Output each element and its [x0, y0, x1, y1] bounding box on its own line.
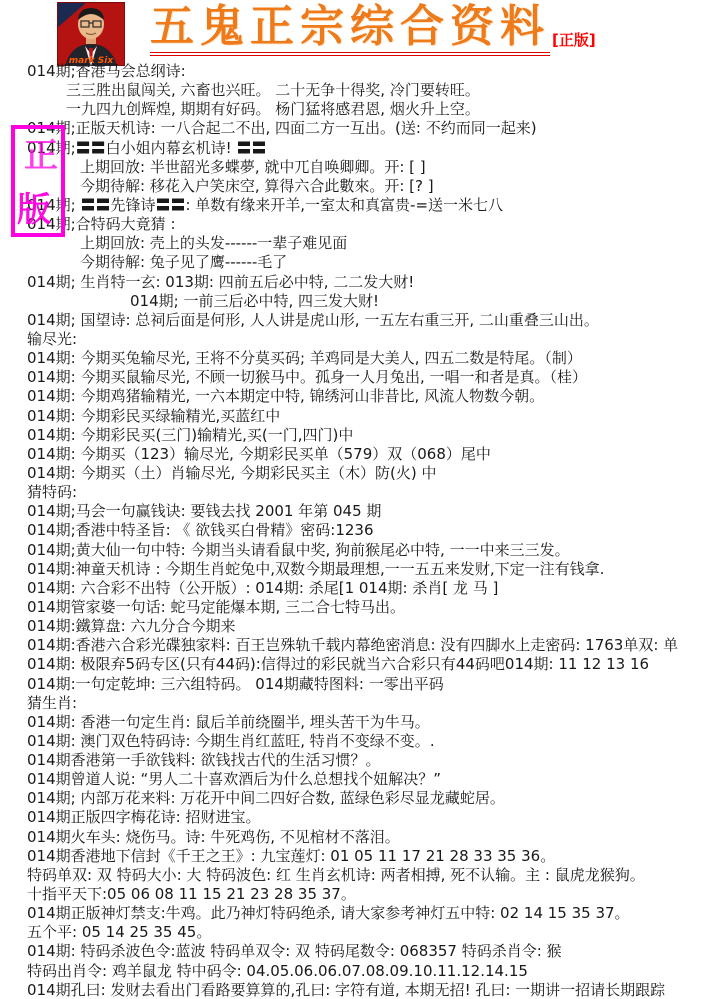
text-line: 014期: 极限弃5码专区(只有44码):信得过的彩民就当六合彩只有44码吧01… [0, 655, 720, 674]
text-line: 014期正版神灯禁支:牛鸡。此乃神灯特码绝杀, 请大家参考神灯五中特: 02 1… [0, 904, 720, 923]
tip-sheet-body: 014期;香港马会总纲诗:三三胜出鼠闯关, 六畜也兴旺。 二十无争十得奖, 冷门… [0, 62, 720, 999]
text-line: 014期:神童天机诗 : 今期生肖蛇兔中,双数今期最理想,一一五五来发财,下定一… [0, 560, 720, 579]
text-line: 014期管家婆一句话: 蛇马定能爆本期, 三二合七特马出。 [0, 598, 720, 617]
text-line: 一九四九创辉煌, 期期有好码。 杨门猛将感君恩, 烟火升上空。 [0, 100, 720, 119]
text-line: 三三胜出鼠闯关, 六畜也兴旺。 二十无争十得奖, 冷门要转旺。 [0, 81, 720, 100]
text-line: 上期回放: 半世韶光多蝶夢, 就中兀自唤卿卿。开: [ ] [0, 158, 720, 177]
text-line: 今期待解: 兔子见了鹰------毛了 [0, 253, 720, 272]
text-line: 014期;香港马会总纲诗: [0, 62, 720, 81]
text-line: 014期: 今期鸡猪输精光, 一六本期定中特, 锦绣河山非昔比, 风流人物数今朝… [0, 387, 720, 406]
text-line: 014期;正版天机诗: 一八合起二不出, 四面二方一互出。(送: 不约而同一起来… [0, 119, 720, 138]
text-line: 十指平天下:05 06 08 11 15 21 23 28 35 37。 [0, 885, 720, 904]
portrait-photo: mark Six [57, 2, 125, 66]
text-line: 014期: 今期彩民买(三门)输精光,买(一门,四门)中 [0, 426, 720, 445]
text-line: 014期; 生肖特一玄: 013期: 四前五后必中特, 二二发大财! [0, 273, 720, 292]
text-line: 014期正版四字梅花诗: 招财进宝。 [0, 808, 720, 827]
text-line: 014期: 今期买兔输尽光, 王将不分莫买码; 羊鸡同是大美人, 四五二数是特尾… [0, 349, 720, 368]
text-line: 特码出肖令: 鸡羊鼠龙 特中码令: 04.05.06.06.07.08.09.1… [0, 962, 720, 981]
text-line: 猜特码: [0, 483, 720, 502]
text-line: 014期:一句定乾坤: 三六组特码。 014期藏特图料: 一零出平码 [0, 675, 720, 694]
header: mark Six 五鬼正宗综合资料[正版] [0, 0, 720, 66]
page-title: 五鬼正宗综合资料 [150, 4, 550, 56]
text-line: 014期;黄大仙一句中特: 今期当头请看鼠中奖, 狗前猴尾必中特, 一一中来三三… [0, 541, 720, 560]
text-line: 014期; 〓〓先锋诗〓〓: 单数有缘来开羊,一室太和真富贵-=送一米七八 [0, 196, 720, 215]
text-line: 014期;〓〓白小姐内幕玄机诗! 〓〓 [0, 139, 720, 158]
text-line: 今期待解: 移花入户笑床空, 算得六合此數來。开: [? ] [0, 177, 720, 196]
text-line: 014期;合特码大竟猜 : [0, 215, 720, 234]
text-line: 014期曾道人说: “男人二十喜欢酒后为什么总想找个妞解决？” [0, 770, 720, 789]
text-line: 014期香港地下信封《千王之王》: 九宝莲灯: 01 05 11 17 21 2… [0, 847, 720, 866]
text-line: 014期:香港六合彩光碟独家料: 百王岂殊轨千载内幕绝密消息: 没有四脚水上走密… [0, 636, 720, 655]
text-line: 014期; 一前三后必中特, 四三发大财! [0, 292, 720, 311]
text-line: 014期孔曰: 发财去看出门看路要算算的,孔曰: 字符有道, 本期无招! 孔曰:… [0, 981, 720, 999]
text-line: 014期: 今期买（土）肖输尽光, 今期彩民买主（木）防(火) 中 [0, 464, 720, 483]
text-line: 014期: 澳门双色特码诗: 今期生肖红蓝旺, 特肖不变绿不变。. [0, 732, 720, 751]
text-line: 014期;马会一句赢钱诀: 要钱去找 2001 年第 045 期 [0, 502, 720, 521]
text-line: 014期火车头: 烧伤马。诗: 牛死鸡伤, 不见棺材不落泪。 [0, 828, 720, 847]
text-line: 014期: 特码杀波色令:蓝波 特码单双令: 双 特码尾数令: 068357 特… [0, 942, 720, 961]
text-line: 五个平: 05 14 25 35 45。 [0, 923, 720, 942]
text-line: 014期;香港中特圣旨: 《 欲钱买白骨精》密码:1236 [0, 521, 720, 540]
text-line: 输尽光: [0, 330, 720, 349]
page: { "colors": { "title": "#ee7a1a", "under… [0, 0, 720, 999]
edition-tag: [正版] [552, 29, 596, 50]
text-line: 特码单双: 双 特码大小: 大 特码波色: 红 生肖玄机诗: 两者相搏, 死不认… [0, 866, 720, 885]
text-line: 014期: 今期买（123）输尽光, 今期彩民买单（579）双（068）尾中 [0, 445, 720, 464]
text-line: 上期回放: 壳上的头发------一辈子难见面 [0, 234, 720, 253]
text-line: 014期; 内部万花来料: 万花开中间二四好合数, 蓝绿色彩尽显龙藏蛇居。 [0, 789, 720, 808]
text-line: 014期:鐵算盘: 六九分合今期来 [0, 617, 720, 636]
text-line: 猜生肖: [0, 694, 720, 713]
text-line: 014期; 国望诗: 总祠后面是何形, 人人讲是虎山形, 一五左右重三开, 二山… [0, 311, 720, 330]
text-line: 014期: 香港一句定生肖: 鼠后羊前绕圈半, 埋头苦干为牛马。 [0, 713, 720, 732]
text-line: 014期: 今期彩民买绿输精光,买蓝红中 [0, 407, 720, 426]
text-line: 014期: 今期买鼠输尽光, 不顾一切猴马中。孤身一人月兔出, 一唱一和者是真。… [0, 368, 720, 387]
text-line: 014期: 六合彩不出特（公开版）: 014期: 杀尾[1 014期: 杀肖[ … [0, 579, 720, 598]
masthead: 五鬼正宗综合资料[正版] [150, 4, 596, 56]
text-line: 014期香港第一手欲钱料: 欲钱找古代的生活习惯？。 [0, 751, 720, 770]
